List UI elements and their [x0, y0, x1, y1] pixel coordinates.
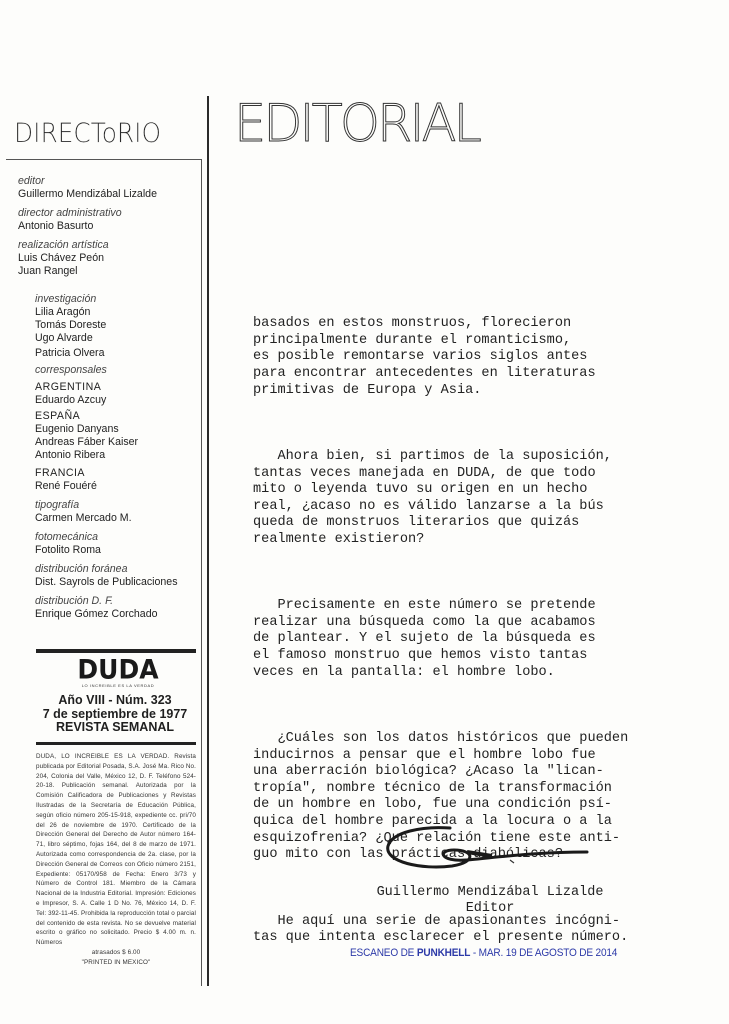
- credit-name: Antonio Basurto: [18, 220, 203, 233]
- duda-logo: DUDA: [20, 654, 216, 684]
- credit-foreign-distribution: distribución foránea Dist. Sayrols de Pu…: [35, 563, 205, 589]
- credit-name: Antonio Ribera: [35, 449, 205, 462]
- issue-date: 7 de septiembre de 1977: [20, 708, 210, 722]
- credit-name: Andreas Fáber Kaiser: [35, 436, 205, 449]
- column-divider: [207, 96, 209, 986]
- editorial-title: EDITORIAL: [234, 94, 479, 154]
- issue-frequency: REVISTA SEMANAL: [20, 721, 210, 735]
- credits-indented-block: investigación Lilia Aragón Tomás Doreste…: [35, 293, 205, 627]
- credit-spain: ESPAÑA Eugenio Danyans Andreas Fáber Kai…: [35, 410, 205, 462]
- credit-france: FRANCIA René Fouéré: [35, 467, 205, 493]
- credits-block: editor Guillermo Mendizábal Lizalde dire…: [18, 175, 203, 284]
- credit-typography: tipografía Carmen Mercado M.: [35, 499, 205, 525]
- signature-name: Guillermo Mendizábal Lizalde: [320, 885, 660, 901]
- credit-role: realización artística: [18, 239, 203, 252]
- signature-title: Editor: [320, 901, 660, 917]
- directory-top-rule: [6, 159, 202, 160]
- credit-name: Dist. Sayrols de Publicaciones: [35, 576, 205, 589]
- credit-name: Eduardo Azcuy: [35, 394, 205, 407]
- legal-text: DUDA, LO INCREIBLE ES LA VERDAD. Revista…: [36, 753, 196, 946]
- credit-name: Enrique Gómez Corchado: [35, 608, 205, 621]
- credit-role: editor: [18, 175, 203, 188]
- credit-name: Juan Rangel: [18, 265, 203, 278]
- editorial-paragraph: Precisamente en este número se pretende …: [253, 598, 723, 681]
- editorial-paragraph: Ahora bien, si partimos de la suposición…: [253, 449, 723, 549]
- masthead-top-bar: [36, 649, 196, 653]
- duda-tagline: LO INCREIBLE ES LA VERDAD: [20, 683, 216, 688]
- credit-role: tipografía: [35, 499, 205, 512]
- credit-name: Ugo Alvarde: [35, 332, 205, 345]
- credit-name: Patricia Olvera: [35, 347, 205, 360]
- credit-role: investigación: [35, 293, 205, 306]
- issue-number: Año VIII - Núm. 323: [20, 694, 210, 708]
- credit-editor: editor Guillermo Mendizábal Lizalde: [18, 175, 203, 201]
- scan-credit-prefix: ESCANEO DE: [350, 947, 417, 959]
- credit-df-distribution: distribución D. F. Enrique Gómez Corchad…: [35, 595, 205, 621]
- credit-role: fotomecánica: [35, 531, 205, 544]
- credit-name: Luis Chávez Peón: [18, 252, 203, 265]
- credit-photomechanics: fotomecánica Fotolito Roma: [35, 531, 205, 557]
- credit-name: Guillermo Mendizábal Lizalde: [18, 188, 203, 201]
- credit-name: Tomás Doreste: [35, 319, 205, 332]
- scan-credit-suffix: - MAR. 19 DE AGOSTO DE 2014: [470, 947, 617, 959]
- credit-role: director administrativo: [18, 207, 203, 220]
- credit-name: Carmen Mercado M.: [35, 512, 205, 525]
- editorial-paragraph: He aquí una serie de apasionantes incógn…: [253, 914, 723, 947]
- legal-printed: "PRINTED IN MEXICO": [36, 958, 196, 968]
- directory-title: DIRECToRIO: [14, 118, 161, 149]
- signature-block: Guillermo Mendizábal Lizalde Editor: [320, 885, 660, 917]
- credit-name: Lilia Aragón: [35, 306, 205, 319]
- legal-back-issues: atrasados $ 6.00: [36, 948, 196, 958]
- signature-icon: [382, 822, 592, 878]
- masthead-bottom-bar: [36, 742, 196, 745]
- credit-admin-director: director administrativo Antonio Basurto: [18, 207, 203, 233]
- credit-country: FRANCIA: [35, 467, 205, 480]
- credit-role: corresponsales: [35, 364, 205, 377]
- credit-name: Eugenio Danyans: [35, 423, 205, 436]
- credit-correspondents: corresponsales: [35, 364, 205, 377]
- credit-argentina: ARGENTINA Eduardo Azcuy: [35, 381, 205, 407]
- credit-country: ARGENTINA: [35, 381, 205, 394]
- scan-credit: ESCANEO DE PUNKHELL - MAR. 19 DE AGOSTO …: [350, 947, 617, 959]
- credit-research: investigación Lilia Aragón Tomás Doreste…: [35, 293, 205, 360]
- issue-info: Año VIII - Núm. 323 7 de septiembre de 1…: [20, 694, 210, 735]
- credit-role: distribución foránea: [35, 563, 205, 576]
- legal-notice: DUDA, LO INCREIBLE ES LA VERDAD. Revista…: [36, 752, 196, 968]
- magazine-page: DIRECToRIO editor Guillermo Mendizábal L…: [0, 0, 729, 1024]
- credit-name: René Fouéré: [35, 480, 205, 493]
- credit-role: distribución D. F.: [35, 595, 205, 608]
- credit-country: ESPAÑA: [35, 410, 205, 423]
- scan-credit-scanner: PUNKHELL: [417, 947, 470, 959]
- credit-name: Fotolito Roma: [35, 544, 205, 557]
- credit-art: realización artística Luis Chávez Peón J…: [18, 239, 203, 278]
- editorial-paragraph: basados en estos monstruos, florecieron …: [253, 316, 723, 399]
